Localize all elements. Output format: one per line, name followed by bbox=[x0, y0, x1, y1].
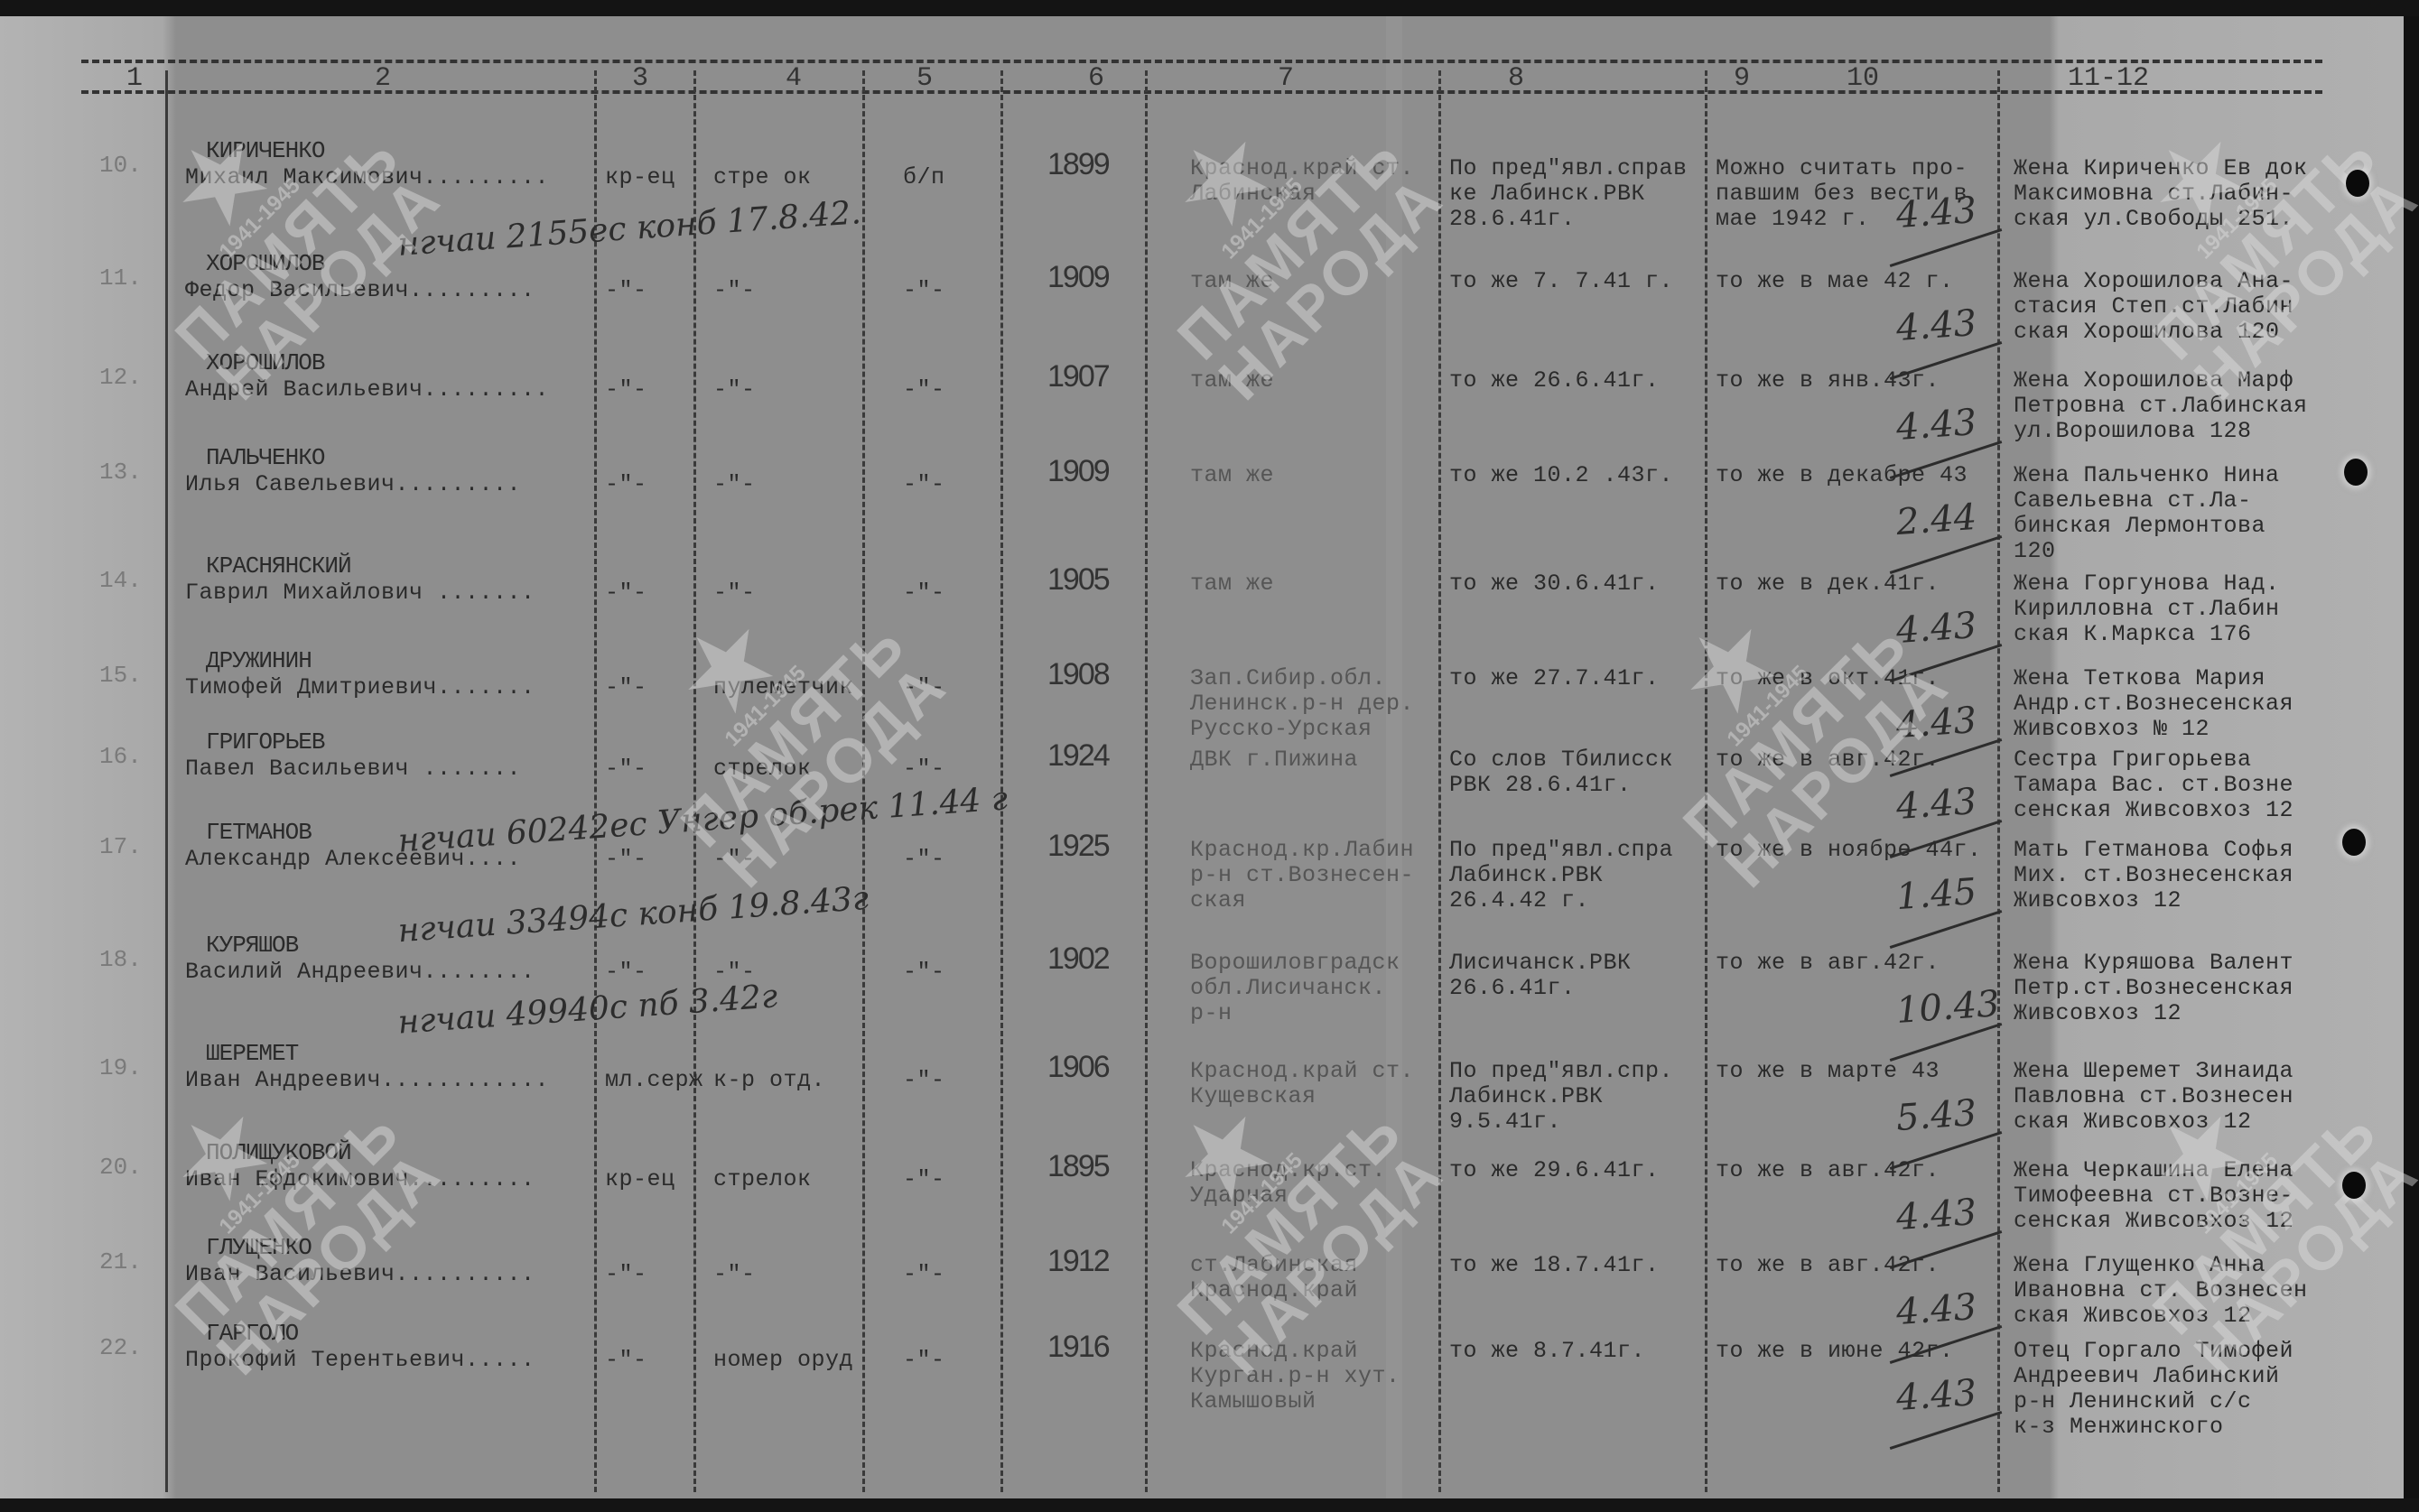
handwritten-date-mark: 4.43 bbox=[1895, 781, 1978, 828]
birthplace: Краснод.край Курган.р-н хут. Камышовый bbox=[1190, 1339, 1400, 1415]
birth-year: 1907 bbox=[1047, 364, 1109, 389]
document-sheet: 1 2 3 4 5 6 7 8 9 10 11-12 10.КИРИЧЕНКОМ… bbox=[0, 16, 2404, 1501]
row-number: 12. bbox=[99, 364, 142, 391]
missing-status: то же в ноябре 44г. bbox=[1716, 838, 1982, 863]
surname: ГРИГОРЬЕВ bbox=[206, 729, 324, 755]
source-of-record: По пред"явл.спр. Лабинск.РВК 9.5.41г. bbox=[1449, 1059, 1673, 1135]
birthplace: Ворошиловградск обл.Лисичанск. р-н bbox=[1190, 951, 1400, 1026]
handwritten-date-mark: 4.43 bbox=[1895, 700, 1978, 747]
birthplace: Краснод.край ст. Лабинская bbox=[1190, 156, 1414, 207]
column-number: 10 bbox=[1847, 63, 1879, 94]
position: стрелок bbox=[713, 1167, 812, 1192]
full-name: Павел Васильевич ....... bbox=[185, 756, 521, 782]
military-rank: -"- bbox=[605, 756, 647, 782]
source-of-record: то же 29.6.41г. bbox=[1449, 1158, 1660, 1183]
column-divider bbox=[165, 70, 168, 1492]
full-name: Тимофей Дмитриевич....... bbox=[185, 675, 535, 700]
handwritten-date-mark: 4.43 bbox=[1895, 1372, 1978, 1419]
party-membership: -"- bbox=[903, 1167, 945, 1192]
handwritten-date-mark: 4.43 bbox=[1895, 1192, 1978, 1238]
party-membership: -"- bbox=[903, 580, 945, 606]
military-rank: -"- bbox=[605, 472, 647, 497]
birthplace: там же bbox=[1190, 368, 1274, 394]
handwritten-date-mark: 1.45 bbox=[1895, 871, 1978, 918]
military-rank: -"- bbox=[605, 1262, 647, 1287]
column-number: 3 bbox=[632, 63, 648, 94]
birth-year: 1906 bbox=[1047, 1054, 1109, 1080]
column-number: 7 bbox=[1278, 63, 1294, 94]
row-number: 10. bbox=[99, 152, 142, 179]
family-contact: Жена Теткова Мария Андр.ст.Вознесенская … bbox=[2014, 666, 2293, 742]
surname: КУРЯШОВ bbox=[206, 932, 298, 958]
surname: ПОЛИЩУКОВОЙ bbox=[206, 1140, 351, 1165]
column-divider bbox=[1997, 70, 2000, 1492]
position: -"- bbox=[713, 377, 756, 403]
row-number: 20. bbox=[99, 1154, 142, 1181]
scan-top-edge bbox=[0, 0, 2419, 16]
source-of-record: то же 10.2 .43г. bbox=[1449, 463, 1673, 488]
source-of-record: то же 27.7.41г. bbox=[1449, 666, 1660, 691]
handwritten-date-mark: 5.43 bbox=[1895, 1092, 1978, 1139]
column-divider bbox=[1145, 70, 1148, 1492]
missing-status: то же в авг.42г. bbox=[1716, 951, 1940, 976]
birth-year: 1925 bbox=[1047, 833, 1109, 858]
row-number: 16. bbox=[99, 743, 142, 770]
party-membership: -"- bbox=[903, 1348, 945, 1373]
birthplace: ДВК г.Пижина bbox=[1190, 747, 1358, 773]
party-membership: -"- bbox=[903, 847, 945, 872]
position: стре ок bbox=[713, 165, 812, 190]
position: пулеметчик bbox=[713, 675, 853, 700]
handwritten-date-mark: 2.44 bbox=[1895, 496, 1978, 543]
header-rule-bottom bbox=[81, 90, 2322, 94]
handwritten-note: нгчаи 49940с пб 3.42г bbox=[396, 978, 778, 1041]
row-number: 18. bbox=[99, 946, 142, 973]
surname: ГАРГОЛО bbox=[206, 1321, 298, 1346]
birthplace: там же bbox=[1190, 269, 1274, 294]
party-membership: -"- bbox=[903, 960, 945, 985]
source-of-record: Лисичанск.РВК 26.6.41г. bbox=[1449, 951, 1632, 1001]
handwritten-date-mark: 4.43 bbox=[1895, 605, 1978, 652]
binder-hole bbox=[2346, 170, 2369, 197]
family-contact: Жена Горгунова Над. Кирилловна ст.Лабин … bbox=[2014, 571, 2280, 647]
row-number: 11. bbox=[99, 264, 142, 292]
missing-status: то же в дек.41г. bbox=[1716, 571, 1940, 597]
source-of-record: По пред"явл.справ ке Лабинск.РВК 28.6.41… bbox=[1449, 156, 1688, 232]
birth-year: 1916 bbox=[1047, 1334, 1109, 1359]
handwritten-date-mark: 4.43 bbox=[1895, 190, 1978, 237]
full-name: Андрей Васильевич......... bbox=[185, 377, 549, 403]
birth-year: 1909 bbox=[1047, 459, 1109, 484]
column-divider bbox=[693, 70, 696, 1492]
party-membership: -"- bbox=[903, 377, 945, 403]
birth-year: 1909 bbox=[1047, 264, 1109, 290]
military-rank: мл.серж bbox=[605, 1068, 703, 1093]
birth-year: 1905 bbox=[1047, 567, 1109, 592]
surname: КРАСНЯНСКИЙ bbox=[206, 553, 351, 579]
family-contact: Мать Гетманова Софья Мих. ст.Вознесенска… bbox=[2014, 838, 2293, 914]
military-rank: -"- bbox=[605, 377, 647, 403]
family-contact: Сестра Григорьева Тамара Вас. ст.Возне с… bbox=[2014, 747, 2293, 823]
full-name: Федор Васильевич......... bbox=[185, 278, 535, 303]
source-of-record: то же 30.6.41г. bbox=[1449, 571, 1660, 597]
column-number: 5 bbox=[916, 63, 933, 94]
missing-status: то же в авг.42г. bbox=[1716, 747, 1940, 773]
surname: КИРИЧЕНКО bbox=[206, 138, 324, 163]
surname: ХОРОШИЛОВ bbox=[206, 251, 324, 276]
missing-status: то же в декабре 43 bbox=[1716, 463, 1968, 488]
binder-hole bbox=[2342, 1172, 2366, 1199]
party-membership: -"- bbox=[903, 1262, 945, 1287]
header-rule-top bbox=[81, 60, 2322, 63]
missing-status: то же в янв.43г. bbox=[1716, 368, 1940, 394]
surname: ДРУЖИНИН bbox=[206, 648, 312, 673]
family-contact: Жена Кириченко Ев док Максимовна ст.Лаби… bbox=[2014, 156, 2308, 232]
full-name: Прокофий Терентьевич..... bbox=[185, 1348, 535, 1373]
full-name: Гаврил Михайлович ....... bbox=[185, 580, 535, 606]
birthplace: Краснод.кр.Лабин р-н ст.Вознесен- ская bbox=[1190, 838, 1414, 914]
column-divider bbox=[594, 70, 597, 1492]
birth-year: 1912 bbox=[1047, 1248, 1109, 1274]
birth-year: 1895 bbox=[1047, 1154, 1109, 1179]
military-rank: -"- bbox=[605, 675, 647, 700]
family-contact: Жена Хорошилова Марф Петровна ст.Лабинск… bbox=[2014, 368, 2308, 444]
surname: ГЕТМАНОВ bbox=[206, 820, 312, 845]
birthplace: Краснод.кр.ст. Ударная bbox=[1190, 1158, 1386, 1209]
birthplace: Зап.Сибир.обл. Ленинск.р-н дер. Русско-У… bbox=[1190, 666, 1414, 742]
family-contact: Жена Черкашина Елена Тимофеевна ст.Возне… bbox=[2014, 1158, 2293, 1234]
military-rank: -"- bbox=[605, 278, 647, 303]
surname: ХОРОШИЛОВ bbox=[206, 350, 324, 376]
column-divider bbox=[862, 70, 865, 1492]
missing-status: то же в марте 43 bbox=[1716, 1059, 1940, 1084]
full-name: Иван Ефдокимович......... bbox=[185, 1167, 535, 1192]
birthplace: Краснод.край ст. Кущевская bbox=[1190, 1059, 1414, 1109]
party-membership: -"- bbox=[903, 675, 945, 700]
military-rank: -"- bbox=[605, 847, 647, 872]
family-contact: Жена Глущенко Анна Ивановна ст. Вознесен… bbox=[2014, 1253, 2308, 1329]
source-of-record: то же 8.7.41г. bbox=[1449, 1339, 1645, 1364]
row-number: 14. bbox=[99, 567, 142, 594]
handwritten-date-mark: 4.43 bbox=[1895, 302, 1978, 349]
column-number: 8 bbox=[1508, 63, 1524, 94]
party-membership: -"- bbox=[903, 472, 945, 497]
full-name: Иван Андреевич............ bbox=[185, 1068, 549, 1093]
column-number: 11-12 bbox=[2068, 63, 2149, 94]
party-membership: -"- bbox=[903, 1068, 945, 1093]
party-membership: б/п bbox=[903, 165, 945, 190]
party-membership: -"- bbox=[903, 278, 945, 303]
row-number: 13. bbox=[99, 459, 142, 486]
column-number: 4 bbox=[786, 63, 802, 94]
birthplace: там же bbox=[1190, 571, 1274, 597]
column-divider bbox=[1705, 70, 1707, 1492]
birth-year: 1924 bbox=[1047, 743, 1109, 768]
missing-status: то же в авг.42г. bbox=[1716, 1158, 1940, 1183]
missing-status: то же в авг.42г. bbox=[1716, 1253, 1940, 1278]
handwritten-date-mark: 4.43 bbox=[1895, 402, 1978, 449]
family-contact: Жена Пальченко Нина Савельевна ст.Ла- би… bbox=[2014, 463, 2280, 564]
source-of-record: По пред"явл.спра Лабинск.РВК 26.4.42 г. bbox=[1449, 838, 1673, 914]
source-of-record: Со слов Тбилисск РВК 28.6.41г. bbox=[1449, 747, 1673, 798]
family-contact: Жена Хорошилова Ана- стасия Степ.ст.Лаби… bbox=[2014, 269, 2293, 345]
surname: ПАЛЬЧЕНКО bbox=[206, 445, 324, 470]
position: номер оруд bbox=[713, 1348, 853, 1373]
binder-hole bbox=[2344, 459, 2368, 486]
source-of-record: то же 18.7.41г. bbox=[1449, 1253, 1660, 1278]
position: -"- bbox=[713, 472, 756, 497]
row-number: 17. bbox=[99, 833, 142, 860]
row-number: 19. bbox=[99, 1054, 142, 1081]
position: -"- bbox=[713, 580, 756, 606]
column-number: 1 bbox=[126, 63, 143, 94]
row-number: 15. bbox=[99, 662, 142, 689]
row-number: 22. bbox=[99, 1334, 142, 1361]
birth-year: 1902 bbox=[1047, 946, 1109, 971]
position: -"- bbox=[713, 278, 756, 303]
family-contact: Жена Куряшова Валент Петр.ст.Вознесенска… bbox=[2014, 951, 2293, 1026]
birth-year: 1899 bbox=[1047, 152, 1109, 177]
military-rank: кр-ец bbox=[605, 1167, 675, 1192]
party-membership: -"- bbox=[903, 756, 945, 782]
source-of-record: то же 26.6.41г. bbox=[1449, 368, 1660, 394]
birthplace: ст.Лабинская Краснод.край bbox=[1190, 1253, 1358, 1303]
military-rank: -"- bbox=[605, 1348, 647, 1373]
full-name: Илья Савельевич......... bbox=[185, 472, 521, 497]
military-rank: -"- bbox=[605, 580, 647, 606]
position: стрелок bbox=[713, 756, 812, 782]
position: -"- bbox=[713, 1262, 756, 1287]
surname: ГЛУЩЕНКО bbox=[206, 1235, 312, 1260]
column-number: 2 bbox=[375, 63, 391, 94]
handwritten-note: нгчаи 2155ес конб 17.8.42. bbox=[396, 194, 862, 264]
missing-status: то же в июне 42г. bbox=[1716, 1339, 1954, 1364]
full-name: Михаил Максимович......... bbox=[185, 165, 549, 190]
source-of-record: то же 7. 7.41 г. bbox=[1449, 269, 1673, 294]
military-rank: кр-ец bbox=[605, 165, 675, 190]
full-name: Василий Андреевич........ bbox=[185, 960, 535, 985]
missing-status: то же в мае 42 г. bbox=[1716, 269, 1954, 294]
full-name: Иван Васильевич.......... bbox=[185, 1262, 535, 1287]
row-number: 21. bbox=[99, 1248, 142, 1275]
missing-status: то же в окт.41г. bbox=[1716, 666, 1940, 691]
handwritten-note: нгчаи 33494с конб 19.8.43г bbox=[396, 880, 870, 950]
birthplace: там же bbox=[1190, 463, 1274, 488]
military-rank: -"- bbox=[605, 960, 647, 985]
scan-bottom-edge bbox=[0, 1498, 2419, 1512]
column-divider bbox=[1438, 70, 1441, 1492]
position: к-р отд. bbox=[713, 1068, 825, 1093]
position: -"- bbox=[713, 847, 756, 872]
paper-fold bbox=[1386, 16, 1402, 1501]
column-number: 9 bbox=[1734, 63, 1750, 94]
column-number: 6 bbox=[1088, 63, 1104, 94]
birth-year: 1908 bbox=[1047, 662, 1109, 687]
handwritten-date-mark: 10.43 bbox=[1895, 983, 2001, 1032]
surname: ШЕРЕМЕТ bbox=[206, 1041, 298, 1066]
binder-hole bbox=[2342, 829, 2366, 856]
family-contact: Отец Горгало Тимофей Андреевич Лабинский… bbox=[2014, 1339, 2293, 1440]
handwritten-date-mark: 4.43 bbox=[1895, 1286, 1978, 1333]
family-contact: Жена Шеремет Зинаида Павловна ст.Вознесе… bbox=[2014, 1059, 2293, 1135]
